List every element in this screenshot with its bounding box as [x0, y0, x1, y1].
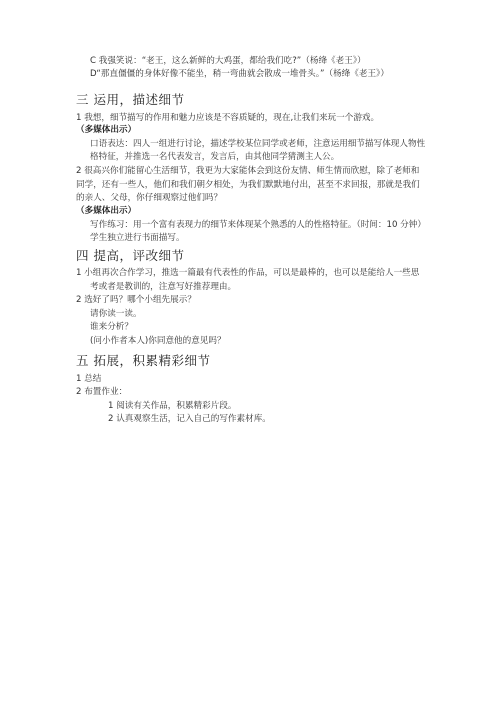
section-4-heading: 四 提高，评改细节	[76, 248, 184, 263]
section-3-independent-writing: 学生独立进行书面描写。	[90, 233, 185, 244]
section-3-media-note-2: （多媒体出示）	[76, 206, 136, 217]
section-3-item-2-line-2: 同学，还有一些人，他们和我们朝夕相处，为我们默默地付出，甚至不求回报，那就是我们	[76, 180, 420, 191]
section-3-writing-exercise: 写作练习：用一个富有表现力的细节来体现某个熟悉的人的性格特征。（时间：10 分钟…	[90, 220, 426, 231]
section-5-item-1: 1 总结	[76, 374, 101, 385]
section-5-homework-2: 2 认真观察生活，记入自己的写作素材库。	[108, 414, 271, 425]
section-5-homework-1: 1 阅读有关作品，积累精彩片段。	[108, 401, 237, 412]
section-5-heading: 五 拓展，积累精彩细节	[76, 353, 210, 368]
section-4-read: 请你读一读。	[90, 309, 142, 320]
section-4-item-1-line-2: 考或者是教训的，注意写好推荐理由。	[90, 282, 236, 293]
section-3-item-1: 1 我想，细节描写的作用和魅力应该是不容质疑的，现在,让我们来玩一个游戏。	[76, 113, 379, 124]
section-5-item-2: 2 布置作业：	[76, 387, 127, 398]
section-3-oral-line-1: 口语表达：四人一组进行讨论，描述学校某位同学或老师，注意运用细节描写体现人物性	[90, 139, 425, 150]
section-3-item-2-line-3: 的亲人、父母，你仔细观察过他们吗？	[76, 193, 222, 204]
quote-d: D“那直僵僵的身体好像不能坐，稍一弯曲就会散成一堆骨头。”（杨绛《老王》）	[90, 69, 389, 80]
section-4-item-2: 2 选好了吗？哪个小组先展示？	[76, 295, 196, 306]
section-4-analyze: 谁来分析？	[90, 322, 133, 333]
section-3-oral-line-2: 格特征，并推选一名代表发言，发言后，由其他同学猜测主人公。	[90, 152, 339, 163]
section-3-heading: 三 运用，描述细节	[76, 92, 184, 107]
section-4-item-1-line-1: 1 小组再次合作学习，推选一篇最有代表性的作品，可以是最棒的，也可以是能给人一些…	[76, 268, 419, 279]
section-3-item-2-line-1: 2 很高兴你们能留心生活细节，我更为大家能体会到这份友情、师生情而欣慰，除了老师…	[76, 166, 419, 177]
quote-c: C 我强笑说：“老王，这么新鲜的大鸡蛋，都给我们吃?”（杨绛《老王》）	[90, 56, 366, 67]
section-3-media-note-1: （多媒体出示）	[76, 125, 136, 136]
section-4-ask-author: (问小作者本人)你同意他的意见吗？	[90, 336, 226, 347]
